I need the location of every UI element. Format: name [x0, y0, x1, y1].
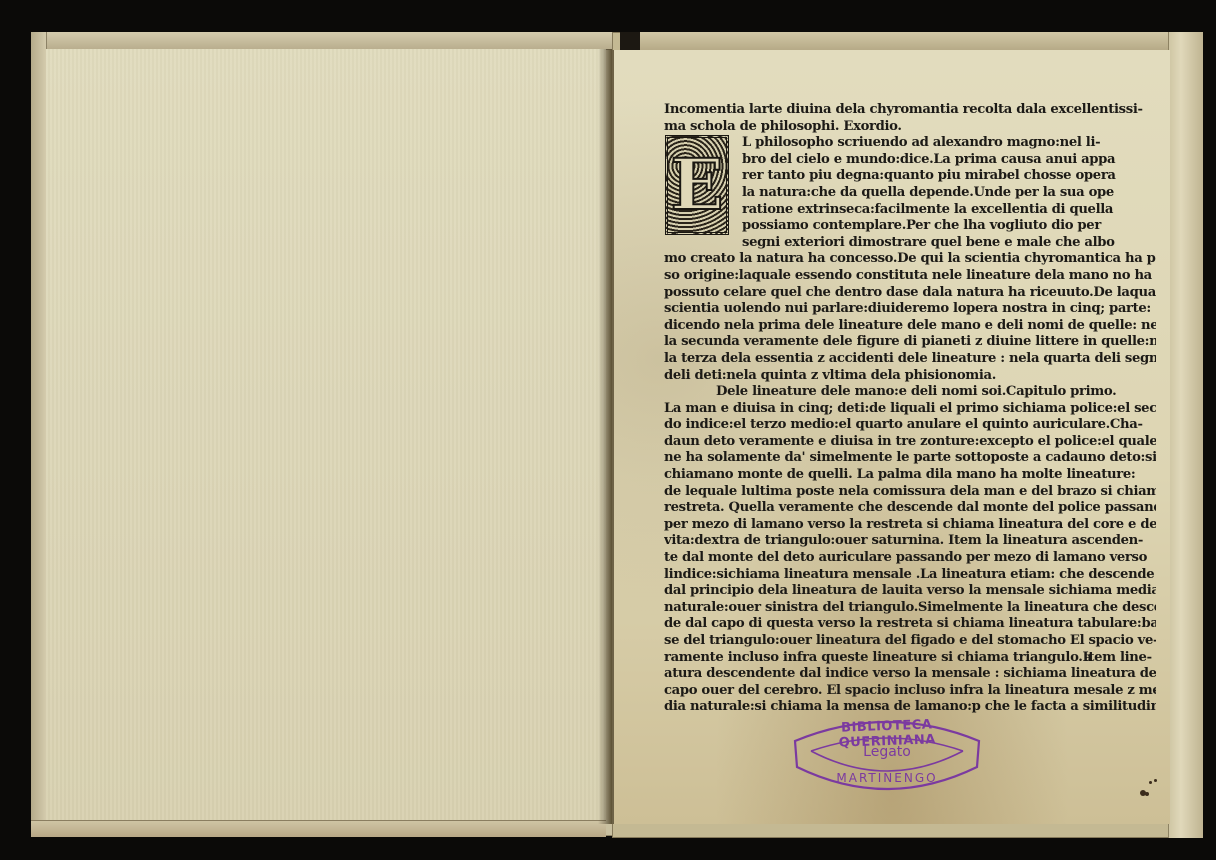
left-board-top-turnin [31, 32, 623, 50]
chapter-title: Dele lineature dele mano:e deli nomi soi… [664, 384, 1156, 401]
text-line: daun deto veramente e diuisa in tre zont… [664, 434, 1156, 451]
left-board-bottom-turnin [31, 820, 606, 837]
text-line: segni exteriori dimostrare quel bene e m… [664, 235, 1156, 252]
stamp-bottom-text: MARTINENGO [791, 771, 983, 785]
text-line: per mezo di lamano verso la restreta si … [664, 517, 1156, 534]
signature-mark: a [1084, 650, 1092, 664]
text-line: de lequale lultima poste nela comissura … [664, 484, 1156, 501]
right-printed-page: Incomentia larte diuina dela chyromantia… [612, 50, 1170, 824]
text-line: ratione extrinseca:facilmente la excelle… [664, 202, 1156, 219]
text-line: de dal capo di questa verso la restreta … [664, 616, 1156, 633]
text-line: capo ouer del cerebro. El spacio incluso… [664, 683, 1156, 700]
wormhole-spot [1149, 781, 1152, 784]
text-line: deli deti:nela quinta z vltima dela phis… [664, 368, 1156, 385]
woodcut-initial: E [665, 135, 729, 235]
spine-gap [620, 32, 640, 50]
heading-line: Incomentia larte diuina dela chyromantia… [664, 102, 1156, 119]
text-line: possuto celare quel che dentro dase dala… [664, 285, 1156, 302]
heading-line: ma schola de philosophi. Exordio. [664, 119, 1156, 136]
gutter-shadow [598, 49, 612, 824]
text-line: dal principio dela lineatura de lauita v… [664, 583, 1156, 600]
stamp-middle-text: Legato [791, 744, 983, 760]
text-line: la secunda veramente dele figure di pian… [664, 334, 1156, 351]
text-line: rer tanto piu degna:quanto piu mirabel c… [664, 168, 1156, 185]
text-line: mo creato la natura ha concesso.De qui l… [664, 251, 1156, 268]
text-line: naturale:ouer sinistra del triangulo.Sim… [664, 600, 1156, 617]
text-line: do indice:el terzo medio:el quarto anula… [664, 417, 1156, 434]
left-board-edge [31, 32, 47, 836]
text-line: so origine:laquale essendo constituta ne… [664, 268, 1156, 285]
text-line: dicendo nela prima dele lineature dele m… [664, 318, 1156, 335]
text-line: ne ha solamente da' simelmente le parte … [664, 450, 1156, 467]
text-line: atura descendente dal indice verso la me… [664, 666, 1156, 683]
open-book: Incomentia larte diuina dela chyromantia… [0, 0, 1216, 860]
text-line: bro del cielo e mundo:dice.La prima caus… [664, 152, 1156, 169]
right-board-edge [1168, 32, 1203, 838]
text-line: vita:dextra de triangulo:ouer saturnina.… [664, 533, 1156, 550]
text-line: scientia uolendo nui parlare:diuideremo … [664, 301, 1156, 318]
text-line: chiamano monte de quelli. La palma dila … [664, 467, 1156, 484]
text-line: La man e diuisa in cinq; deti:de liquali… [664, 401, 1156, 418]
text-line: possiamo contemplare.Per che lha vogliut… [664, 218, 1156, 235]
initial-letter: E [670, 150, 723, 220]
right-board-top-turnin [640, 32, 1202, 51]
text-line: ramente incluso infra queste lineature s… [664, 650, 1156, 667]
text-line: restreta. Quella veramente che descende … [664, 500, 1156, 517]
wormhole-spot [1154, 779, 1157, 782]
library-stamp: BIBLIOTECA QUERINIANA Legato MARTINENGO [791, 711, 983, 799]
text-line: se del triangulo:ouer lineatura del figa… [664, 633, 1156, 650]
left-blank-pastedown [46, 49, 606, 820]
text-line: te dal monte del deto auriculare passand… [664, 550, 1156, 567]
text-block: Incomentia larte diuina dela chyromantia… [664, 102, 1156, 716]
text-line: L philosopho scriuendo ad alexandro magn… [664, 135, 1156, 152]
text-line: la natura:che da quella depende.Unde per… [664, 185, 1156, 202]
text-line: la terza dela essentia z accidenti dele … [664, 351, 1156, 368]
wormhole-spot [1145, 792, 1149, 796]
text-line: lindice:sichiama lineatura mensale .La l… [664, 567, 1156, 584]
